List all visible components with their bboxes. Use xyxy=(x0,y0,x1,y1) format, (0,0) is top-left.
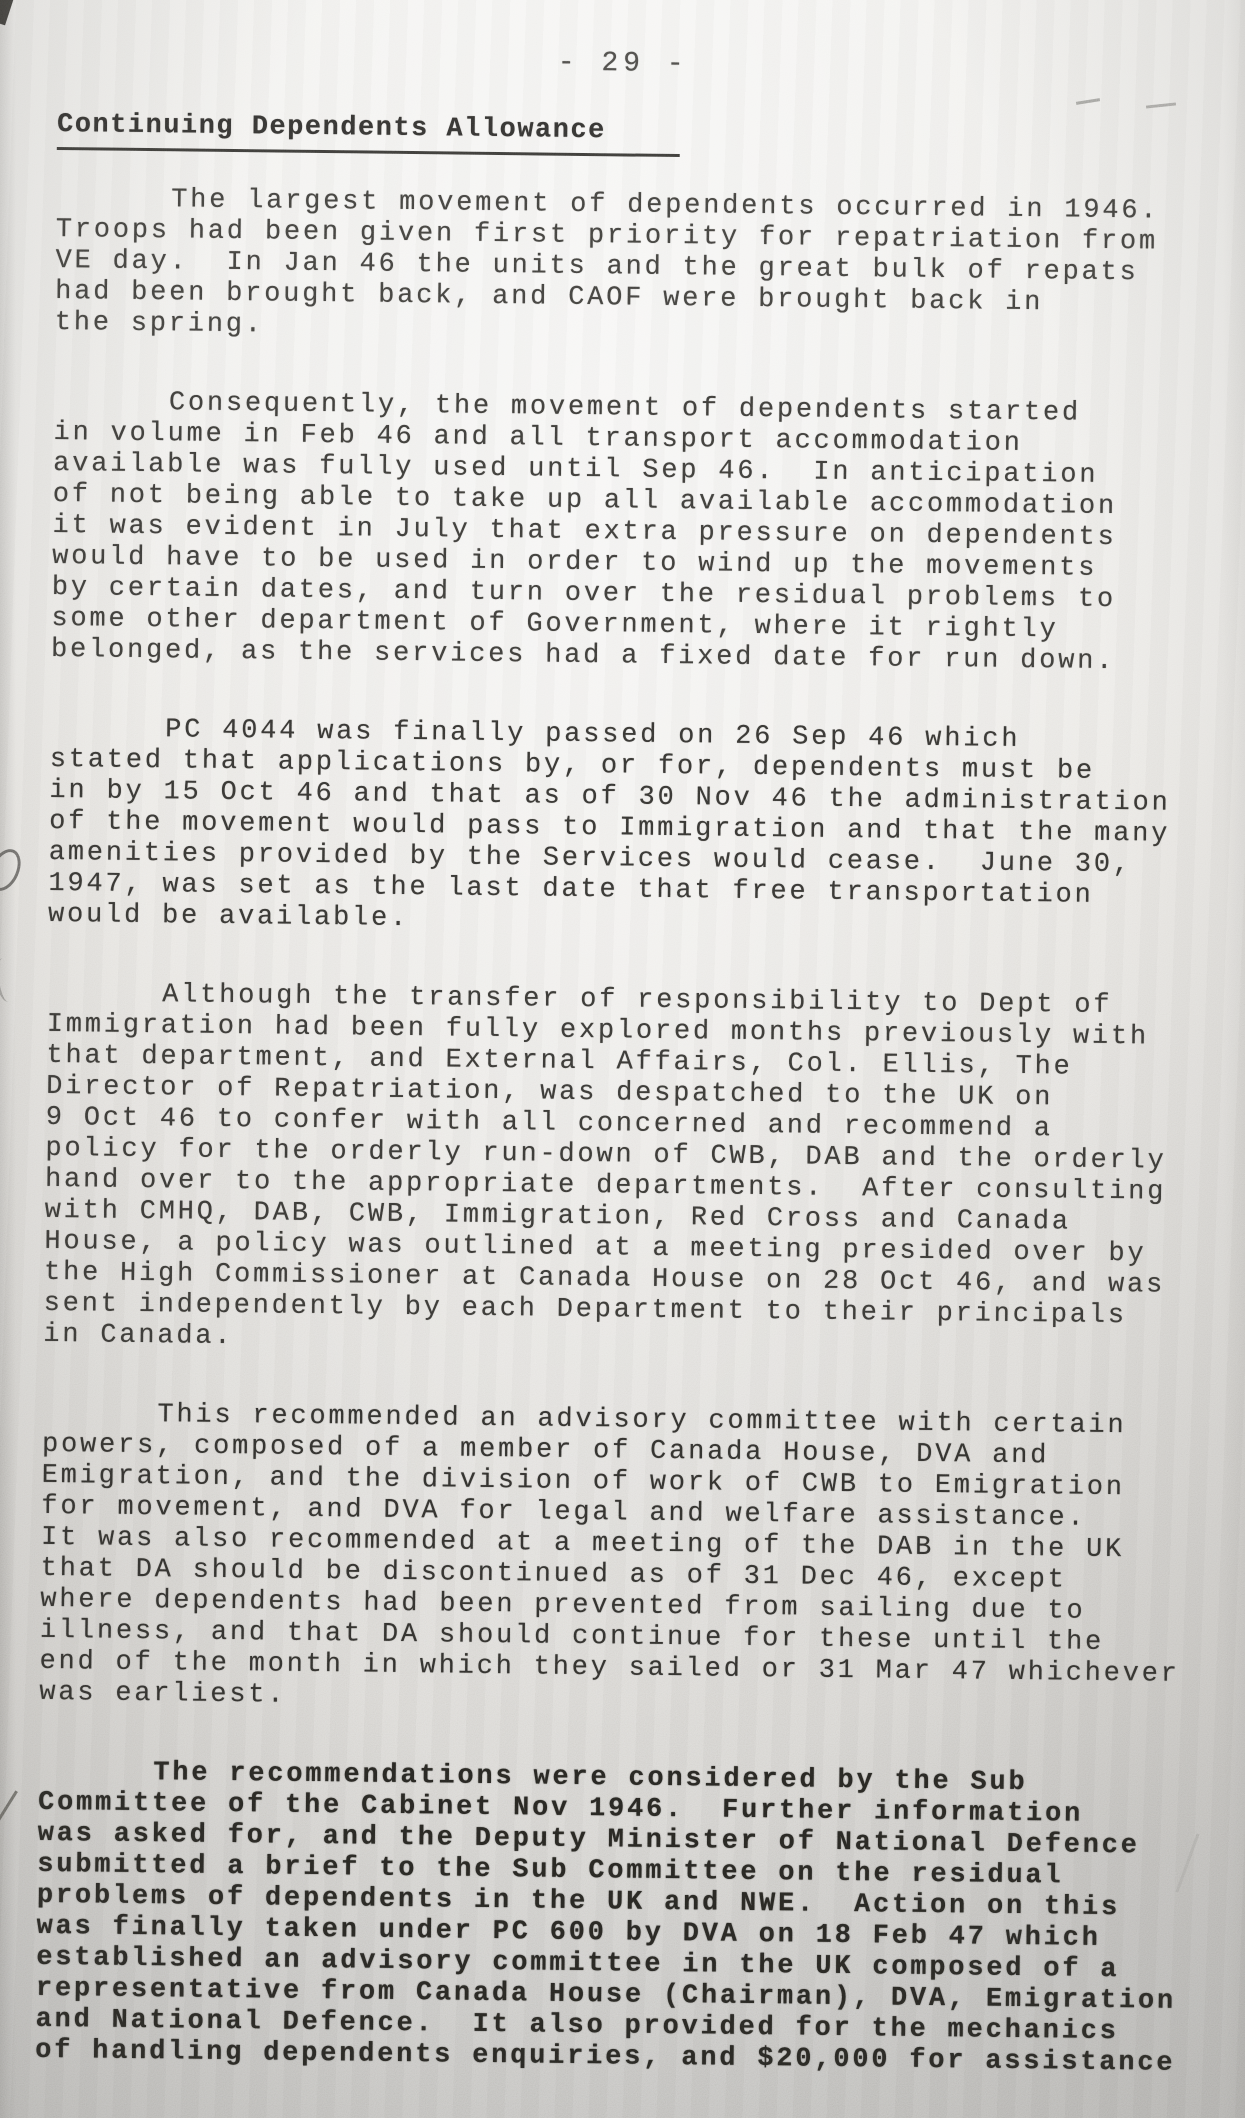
paragraph-5: This recommended an advisory committee w… xyxy=(39,1399,1207,1722)
handwritten-slash-mark xyxy=(0,1790,18,1827)
paragraph-2: Consequently, the movement of dependents… xyxy=(51,387,1219,679)
paragraph-6: The recommendations were considered by t… xyxy=(35,1757,1203,2080)
paragraph-4: Although the transfer of responsibility … xyxy=(43,979,1212,1364)
paragraph-1: The largest movement of dependents occur… xyxy=(55,184,1222,352)
handwritten-paren-mark xyxy=(0,957,18,1003)
scanned-document-page: - 29 - Continuing Dependents Allowance T… xyxy=(0,0,1245,2118)
document-heading: Continuing Dependents Allowance xyxy=(57,110,680,157)
corner-ink-mark xyxy=(0,0,14,25)
page-content: - 29 - Continuing Dependents Allowance T… xyxy=(35,42,1223,2080)
paragraph-3: PC 4044 was finally passed on 26 Sep 46 … xyxy=(48,714,1215,944)
handwritten-oval-mark xyxy=(0,844,27,896)
